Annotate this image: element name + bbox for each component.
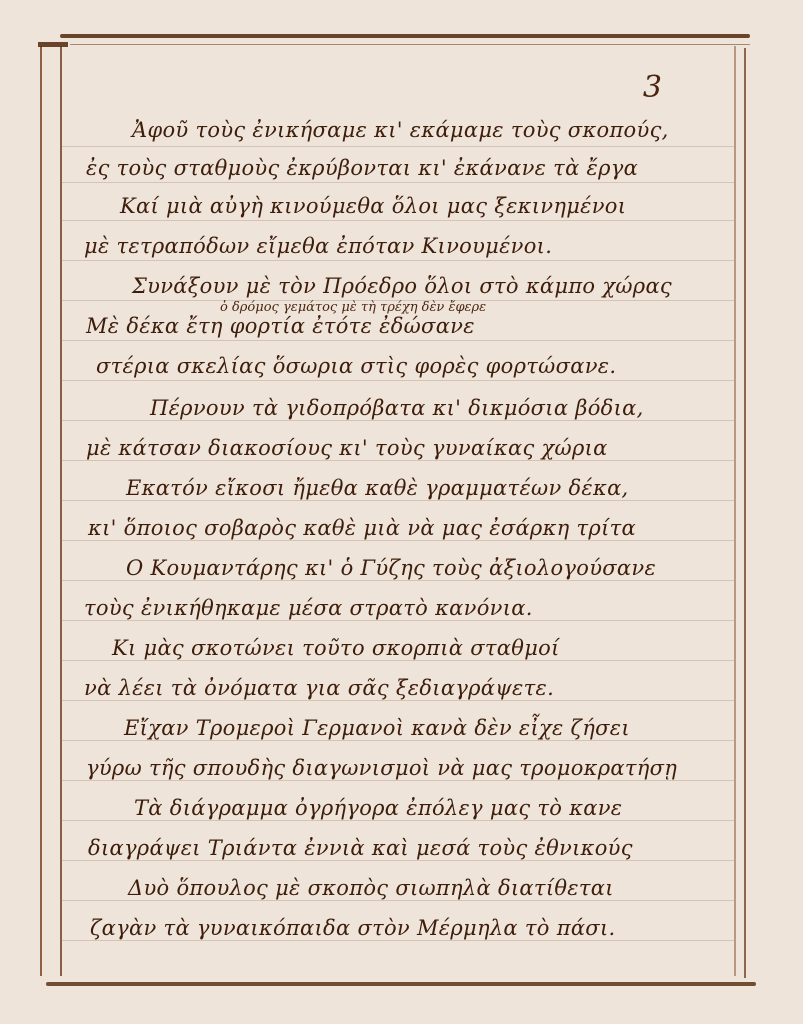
ruled-line — [62, 182, 734, 183]
manuscript-line: Κι μὰς σκοτώνει τοῦτο σκορπιὰ σταθμοί — [112, 636, 560, 660]
page-frame-right-inner — [734, 46, 736, 976]
interlinear-note: ὁ δρόμος γεμάτος μὲ τὴ τρέχη δὲν ἔφερε — [220, 300, 486, 315]
ruled-line — [62, 820, 734, 821]
page-frame-bottom — [46, 982, 756, 986]
manuscript-line: μὲ κάτσαν διακοσίους κι' τοὺς γυναίκας χ… — [86, 436, 608, 460]
page-frame-left-outer — [40, 46, 42, 976]
page-frame-left-inner — [60, 46, 62, 976]
ruled-line — [62, 146, 734, 147]
manuscript-line: γύρω τῆς σπουδὴς διαγωνισμοὶ νὰ μας τρομ… — [86, 756, 677, 780]
page-frame-top-stub — [38, 42, 68, 47]
manuscript-line: Εκατόν εἴκοσι ἤμεθα καθὲ γραμματέων δέκα… — [126, 476, 629, 500]
manuscript-line: διαγράψει Τριάντα ἐννιὰ καὶ μεσά τοὺς ἐθ… — [88, 836, 633, 860]
manuscript-line: Μὲ δέκα ἔτη φορτία ἐτότε ἐδώσανε — [86, 314, 475, 338]
ruled-line — [62, 660, 734, 661]
manuscript-line: Καί μιὰ αὐγὴ κινούμεθα ὅλοι μας ξεκινημέ… — [120, 194, 626, 218]
manuscript-line: κι' ὅποιος σοβαρὸς καθὲ μιὰ νὰ μας ἐσάρκ… — [88, 516, 636, 540]
manuscript-line: ἐς τοὺς σταθμοὺς ἐκρύβονται κι' ἐκάνανε … — [86, 156, 638, 180]
ruled-line — [62, 620, 734, 621]
ruled-line — [62, 780, 734, 781]
ruled-line — [62, 580, 734, 581]
page-frame-top-thin — [70, 44, 750, 45]
manuscript-line: Ο Κουμαντάρης κι' ὁ Γύζης τοὺς ἀξιολογού… — [126, 556, 656, 580]
ruled-line — [62, 900, 734, 901]
ruled-line — [62, 500, 734, 501]
page-frame-right-outer — [744, 48, 746, 978]
ruled-line — [62, 460, 734, 461]
manuscript-line: Δυὸ ὅπουλος μὲ σκοπὸς σιωπηλὰ διατίθεται — [128, 876, 614, 900]
manuscript-line: μὲ τετραπόδων εἴμεθα ἐπόταν Κινουμένοι. — [84, 234, 552, 258]
ruled-line — [62, 860, 734, 861]
ruled-line — [62, 420, 734, 421]
ruled-line — [62, 260, 734, 261]
page-number: 3 — [643, 70, 662, 105]
manuscript-line: τοὺς ἐνικήθηκαμε μέσα στρατὸ κανόνια. — [84, 596, 533, 620]
ruled-line — [62, 220, 734, 221]
manuscript-line: Ἀφοῦ τοὺς ἐνικήσαμε κι' εκάμαμε τοὺς σκο… — [132, 118, 669, 142]
ruled-line — [62, 340, 734, 341]
manuscript-line: ζαγὰν τὰ γυναικόπαιδα στὸν Μέρμηλα τὸ πά… — [90, 916, 615, 940]
page-frame-top — [60, 34, 750, 38]
ruled-line — [62, 700, 734, 701]
manuscript-line: νὰ λέει τὰ ὀνόματα για σᾶς ξεδιαγράψετε. — [84, 676, 554, 700]
ruled-line — [62, 540, 734, 541]
ruled-line — [62, 940, 734, 941]
manuscript-line: στέρια σκελίας ὅσωρια στὶς φορὲς φορτώσα… — [96, 354, 616, 378]
manuscript-line: Συνάξουν μὲ τὸν Πρόεδρο ὅλοι στὸ κάμπο χ… — [132, 274, 672, 298]
ruled-line — [62, 740, 734, 741]
manuscript-page: 3 Ἀφοῦ τοὺς ἐνικήσαμε κι' εκάμαμε τοὺς σ… — [40, 42, 762, 990]
ruled-line — [62, 380, 734, 381]
manuscript-line: Εἴχαν Τρομεροὶ Γερμανοὶ κανὰ δὲν εἶχε ζή… — [124, 716, 630, 740]
manuscript-line: Τὰ διάγραμμα ὀγρήγορα ἐπόλεγ μας τὸ κανε — [134, 796, 622, 820]
manuscript-line: Πέρνουν τὰ γιδοπρόβατα κι' δικμόσια βόδι… — [150, 396, 644, 420]
